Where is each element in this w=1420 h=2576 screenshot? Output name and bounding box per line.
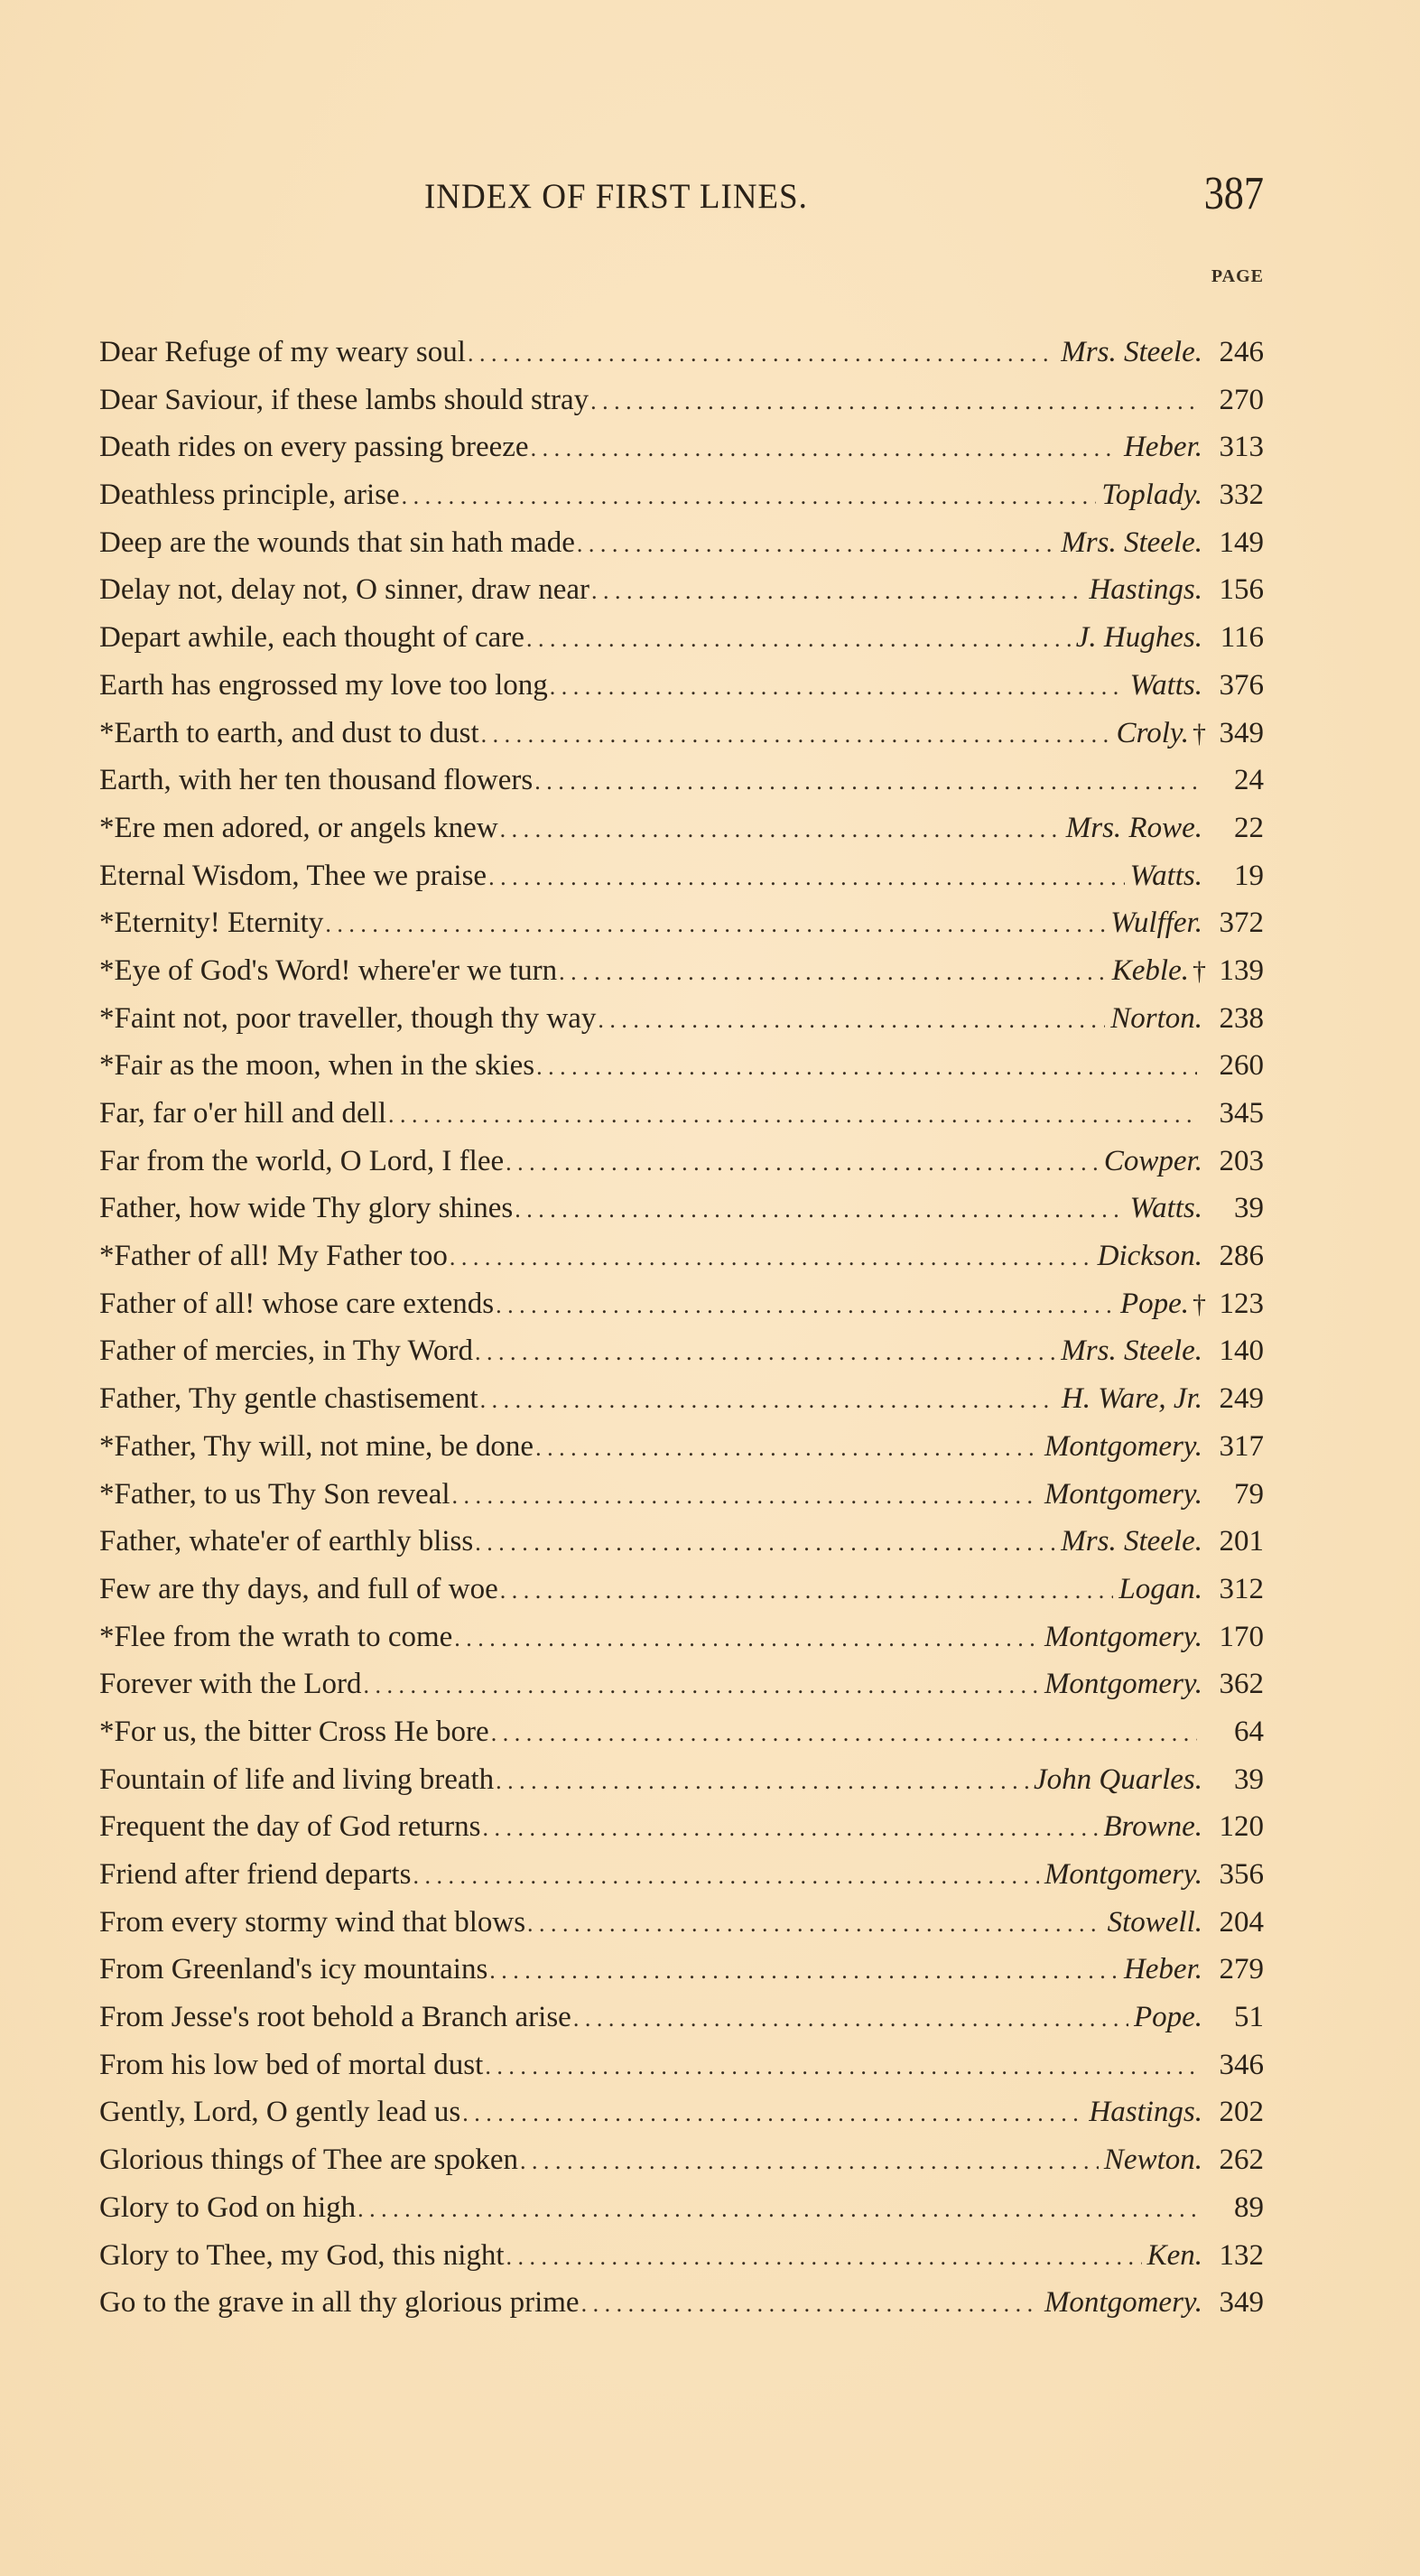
hymn-author: Montgomery.	[1044, 1851, 1202, 1899]
dot-leader	[357, 2186, 1197, 2234]
page-reference: 120	[1208, 1803, 1264, 1851]
hymn-author: Mrs. Steele.	[1061, 329, 1202, 377]
index-entry: Go to the grave in all thy glorious prim…	[99, 2279, 1264, 2327]
page-reference: 317	[1208, 1423, 1264, 1471]
running-head: INDEX OF FIRST LINES. 387	[99, 167, 1264, 221]
hymn-first-line: Deathless principle, arise	[99, 471, 400, 519]
page-reference: 24	[1208, 757, 1264, 804]
page-reference: 204	[1208, 1899, 1264, 1947]
hymn-first-line: From his low bed of mortal dust	[99, 2041, 483, 2089]
dot-leader	[475, 1520, 1055, 1567]
hymn-first-line: Glorious things of Thee are spoken	[99, 2136, 518, 2184]
hymn-first-line: *Eternity! Eternity	[99, 899, 323, 947]
page-reference: 246	[1208, 329, 1264, 377]
index-entry: Father of mercies, in Thy Word Mrs. Stee…	[99, 1327, 1264, 1375]
dot-leader	[475, 1329, 1055, 1377]
dot-leader	[527, 1901, 1102, 1948]
hymn-author: Montgomery.	[1044, 1471, 1202, 1519]
dot-leader	[534, 758, 1197, 806]
index-entry: From every stormy wind that blows Stowel…	[99, 1899, 1264, 1947]
index-entry: *Ere men adored, or angels knew Mrs. Row…	[99, 804, 1264, 852]
hymn-author: Mrs. Rowe.	[1066, 804, 1202, 852]
dot-leader	[489, 1948, 1118, 1995]
page-reference: 376	[1208, 662, 1264, 710]
index-entry: From Jesse's root behold a Branch arise …	[99, 1994, 1264, 2041]
hymn-author: Montgomery.	[1044, 2279, 1202, 2327]
dot-leader	[462, 2090, 1083, 2138]
dot-leader	[500, 806, 1061, 854]
hymn-author: Heber.	[1124, 1946, 1202, 1994]
hymn-author: Logan.	[1118, 1566, 1202, 1613]
dot-leader	[402, 473, 1097, 521]
page-reference: 139	[1208, 947, 1264, 995]
index-entry: Deathless principle, arise Toplady. 332	[99, 471, 1264, 519]
hymn-first-line: Delay not, delay not, O sinner, draw nea…	[99, 566, 589, 614]
dot-leader	[506, 2234, 1142, 2282]
hymn-first-line: Father, Thy gentle chastisement	[99, 1375, 478, 1423]
hymn-first-line: *Fair as the moon, when in the skies	[99, 1042, 534, 1090]
dagger-mark: †	[1193, 1281, 1206, 1329]
page-reference: 249	[1208, 1375, 1264, 1423]
hymn-first-line: Eternal Wisdom, Thee we praise	[99, 852, 487, 900]
hymn-author: Norton.	[1110, 995, 1202, 1043]
hymn-author: Hastings.	[1089, 566, 1202, 614]
dot-leader	[535, 1425, 1039, 1473]
hymn-author: Hastings.	[1089, 2088, 1202, 2136]
hymn-first-line: Glory to God on high	[99, 2184, 356, 2232]
dot-leader	[485, 2043, 1197, 2091]
hymn-first-line: Father, whate'er of earthly bliss	[99, 1518, 473, 1566]
index-entry: Glory to Thee, my God, this night Ken. 1…	[99, 2232, 1264, 2280]
index-entry: Fountain of life and living breath John …	[99, 1756, 1264, 1804]
page-reference: 39	[1208, 1185, 1264, 1232]
hymn-author: Cowper.	[1104, 1138, 1202, 1186]
hymn-author: Wulffer.	[1110, 899, 1202, 947]
dot-leader	[559, 949, 1107, 997]
dot-leader	[468, 330, 1055, 378]
hymn-first-line: *Father, Thy will, not mine, be done	[99, 1423, 534, 1471]
dot-leader	[536, 1044, 1197, 1092]
dot-leader	[520, 2138, 1099, 2186]
dot-leader	[515, 1186, 1124, 1234]
page-column-label: PAGE	[1211, 266, 1264, 287]
index-entry: *Faint not, poor traveller, though thy w…	[99, 995, 1264, 1043]
page-reference: 372	[1208, 899, 1264, 947]
page-reference: 203	[1208, 1138, 1264, 1186]
index-entry: *Eye of God's Word! where'er we turn Keb…	[99, 947, 1264, 995]
hymn-first-line: From Greenland's icy mountains	[99, 1946, 487, 1994]
hymn-first-line: Frequent the day of God returns	[99, 1803, 480, 1851]
dot-leader	[581, 2281, 1039, 2329]
index-entry: From his low bed of mortal dust 346	[99, 2041, 1264, 2089]
page-reference: 279	[1208, 1946, 1264, 1994]
dot-leader	[496, 1282, 1115, 1330]
page-reference: 346	[1208, 2041, 1264, 2089]
index-entry: *For us, the bitter Cross He bore 64	[99, 1708, 1264, 1756]
index-entry: Depart awhile, each thought of care J. H…	[99, 614, 1264, 662]
hymn-author: J. Hughes.	[1076, 614, 1202, 662]
dot-leader	[454, 1615, 1039, 1663]
index-entry: Deep are the wounds that sin hath made M…	[99, 519, 1264, 567]
index-entry: *Father of all! My Father too Dickson. 2…	[99, 1232, 1264, 1280]
page-reference: 149	[1208, 519, 1264, 567]
hymn-first-line: *Father of all! My Father too	[99, 1232, 448, 1280]
hymn-author: Browne.	[1103, 1803, 1202, 1851]
page-reference: 286	[1208, 1232, 1264, 1280]
dot-leader	[506, 1139, 1099, 1187]
page-reference: 313	[1208, 423, 1264, 471]
hymn-author: Montgomery.	[1044, 1660, 1202, 1708]
hymn-author: Montgomery.	[1044, 1423, 1202, 1471]
index-entry: Father of all! whose care extends Pope. …	[99, 1280, 1264, 1328]
hymn-author: Watts.	[1130, 1185, 1202, 1232]
index-entry: *Flee from the wrath to come Montgomery.…	[99, 1613, 1264, 1661]
page-reference: 202	[1208, 2088, 1264, 2136]
index-entry: Glorious things of Thee are spoken Newto…	[99, 2136, 1264, 2184]
hymn-author: Mrs. Steele.	[1061, 519, 1202, 567]
page-reference: 170	[1208, 1613, 1264, 1661]
hymn-author: Newton.	[1104, 2136, 1202, 2184]
dot-leader	[590, 378, 1197, 426]
index-entry: From Greenland's icy mountains Heber. 27…	[99, 1946, 1264, 1994]
hymn-first-line: Dear Refuge of my weary soul	[99, 329, 466, 377]
index-entry: Death rides on every passing breeze Hebe…	[99, 423, 1264, 471]
dot-leader	[491, 1710, 1197, 1758]
dot-leader	[325, 901, 1105, 949]
hymn-first-line: Fountain of life and living breath	[99, 1756, 494, 1804]
page-number: 387	[1204, 167, 1264, 220]
index-entry: *Eternity! Eternity Wulffer. 372	[99, 899, 1264, 947]
page-reference: 140	[1208, 1327, 1264, 1375]
hymn-first-line: *Earth to earth, and dust to dust	[99, 710, 479, 758]
page-reference: 116	[1208, 614, 1264, 662]
hymn-author: Mrs. Steele.	[1061, 1518, 1202, 1566]
page-reference: 332	[1208, 471, 1264, 519]
index-entry: Father, how wide Thy glory shines Watts.…	[99, 1185, 1264, 1232]
page-reference: 312	[1208, 1566, 1264, 1613]
index-entry: *Earth to earth, and dust to dust Croly.…	[99, 710, 1264, 758]
hymn-first-line: Deep are the wounds that sin hath made	[99, 519, 575, 567]
page-reference: 260	[1208, 1042, 1264, 1090]
page-reference: 156	[1208, 566, 1264, 614]
hymn-first-line: Father, how wide Thy glory shines	[99, 1185, 513, 1232]
index-entry: *Father, to us Thy Son reveal Montgomery…	[99, 1471, 1264, 1519]
dot-leader	[481, 711, 1111, 759]
dot-leader	[573, 1995, 1128, 2043]
hymn-author: Mrs. Steele.	[1061, 1327, 1202, 1375]
dagger-mark: †	[1193, 948, 1206, 996]
hymn-first-line: Far, far o'er hill and dell	[99, 1090, 386, 1138]
hymn-first-line: *Ere men adored, or angels knew	[99, 804, 498, 852]
index-entry: Dear Refuge of my weary soul Mrs. Steele…	[99, 329, 1264, 377]
dot-leader	[598, 997, 1105, 1045]
hymn-author: Watts.	[1130, 852, 1202, 900]
page-reference: 362	[1208, 1660, 1264, 1708]
dot-leader	[500, 1567, 1114, 1615]
hymn-author: John Quarles.	[1034, 1756, 1202, 1804]
page-reference: 19	[1208, 852, 1264, 900]
hymn-first-line: Forever with the Lord	[99, 1660, 362, 1708]
hymn-first-line: *Faint not, poor traveller, though thy w…	[99, 995, 596, 1043]
hymn-author: Keble.	[1112, 947, 1189, 995]
hymn-first-line: *Flee from the wrath to come	[99, 1613, 452, 1661]
index-entry: Few are thy days, and full of woe Logan.…	[99, 1566, 1264, 1613]
hymn-author: Heber.	[1124, 423, 1202, 471]
hymn-author: Stowell.	[1108, 1899, 1202, 1947]
dot-leader	[450, 1234, 1092, 1282]
hymn-first-line: Father of mercies, in Thy Word	[99, 1327, 473, 1375]
first-lines-index-list: Dear Refuge of my weary soul Mrs. Steele…	[99, 329, 1264, 2327]
hymn-first-line: Dear Saviour, if these lambs should stra…	[99, 377, 589, 424]
hymn-author: Dickson.	[1098, 1232, 1202, 1280]
dot-leader	[480, 1377, 1056, 1425]
page-reference: 262	[1208, 2136, 1264, 2184]
hymn-first-line: Go to the grave in all thy glorious prim…	[99, 2279, 580, 2327]
index-entry: *Father, Thy will, not mine, be done Mon…	[99, 1423, 1264, 1471]
hymn-author: Ken.	[1147, 2232, 1202, 2280]
index-entry: Glory to God on high 89	[99, 2184, 1264, 2232]
page-reference: 238	[1208, 995, 1264, 1043]
dot-leader	[526, 616, 1071, 664]
hymn-first-line: *For us, the bitter Cross He bore	[99, 1708, 489, 1756]
hymn-first-line: *Father, to us Thy Son reveal	[99, 1471, 450, 1519]
index-entry: Far from the world, O Lord, I flee Cowpe…	[99, 1138, 1264, 1186]
page-reference: 123	[1208, 1280, 1264, 1328]
index-entry: Eternal Wisdom, Thee we praise Watts. 19	[99, 852, 1264, 900]
index-entry: Father, Thy gentle chastisement H. Ware,…	[99, 1375, 1264, 1423]
index-entry: Father, whate'er of earthly bliss Mrs. S…	[99, 1518, 1264, 1566]
index-entry: Earth has engrossed my love too long Wat…	[99, 662, 1264, 710]
index-entry: Earth, with her ten thousand flowers 24	[99, 757, 1264, 804]
index-entry: Friend after friend departs Montgomery. …	[99, 1851, 1264, 1899]
dot-leader	[550, 664, 1125, 711]
dot-leader	[531, 425, 1118, 473]
page-reference: 345	[1208, 1090, 1264, 1138]
index-entry: Frequent the day of God returns Browne. …	[99, 1803, 1264, 1851]
dot-leader	[482, 1805, 1098, 1853]
hymn-first-line: Earth, with her ten thousand flowers	[99, 757, 533, 804]
hymn-first-line: Far from the world, O Lord, I flee	[99, 1138, 504, 1186]
hymn-first-line: Father of all! whose care extends	[99, 1280, 494, 1328]
running-title: INDEX OF FIRST LINES.	[424, 176, 808, 217]
page-reference: 356	[1208, 1851, 1264, 1899]
index-entry: Far, far o'er hill and dell 345	[99, 1090, 1264, 1138]
dot-leader	[388, 1092, 1197, 1139]
dot-leader	[364, 1662, 1039, 1710]
dot-leader	[577, 521, 1055, 569]
index-entry: Gently, Lord, O gently lead us Hastings.…	[99, 2088, 1264, 2136]
index-entry: Dear Saviour, if these lambs should stra…	[99, 377, 1264, 424]
hymn-first-line: From every stormy wind that blows	[99, 1899, 525, 1947]
page-reference: 79	[1208, 1471, 1264, 1519]
hymn-author: Pope.	[1120, 1280, 1189, 1328]
page-reference: 349	[1208, 2279, 1264, 2327]
hymn-first-line: *Eye of God's Word! where'er we turn	[99, 947, 557, 995]
hymn-first-line: Earth has engrossed my love too long	[99, 662, 548, 710]
hymn-author: Watts.	[1130, 662, 1202, 710]
index-entry: *Fair as the moon, when in the skies 260	[99, 1042, 1264, 1090]
hymn-first-line: Friend after friend departs	[99, 1851, 411, 1899]
page-reference: 64	[1208, 1708, 1264, 1756]
hymn-first-line: Death rides on every passing breeze	[99, 423, 529, 471]
page-reference: 89	[1208, 2184, 1264, 2232]
dot-leader	[413, 1853, 1039, 1901]
hymn-first-line: Few are thy days, and full of woe	[99, 1566, 498, 1613]
dot-leader	[488, 854, 1125, 902]
hymn-first-line: From Jesse's root behold a Branch arise	[99, 1994, 571, 2041]
hymn-author: Croly.	[1117, 710, 1189, 758]
hymn-author: Montgomery.	[1044, 1613, 1202, 1661]
hymn-first-line: Glory to Thee, my God, this night	[99, 2232, 505, 2280]
index-entry: Delay not, delay not, O sinner, draw nea…	[99, 566, 1264, 614]
dot-leader	[591, 568, 1083, 616]
page-reference: 51	[1208, 1994, 1264, 2041]
page-reference: 201	[1208, 1518, 1264, 1566]
dot-leader	[496, 1758, 1028, 1806]
page-reference: 349	[1208, 710, 1264, 758]
page-reference: 270	[1208, 377, 1264, 424]
page-reference: 22	[1208, 804, 1264, 852]
hymn-author: H. Ware, Jr.	[1062, 1375, 1202, 1423]
index-entry: Forever with the Lord Montgomery. 362	[99, 1660, 1264, 1708]
hymn-first-line: Gently, Lord, O gently lead us	[99, 2088, 460, 2136]
page-reference: 39	[1208, 1756, 1264, 1804]
dagger-mark: †	[1193, 711, 1206, 758]
hymn-first-line: Depart awhile, each thought of care	[99, 614, 524, 662]
hymn-author: Pope.	[1134, 1994, 1202, 2041]
hymn-author: Toplady.	[1101, 471, 1202, 519]
page-reference: 132	[1208, 2232, 1264, 2280]
dot-leader	[452, 1473, 1039, 1520]
